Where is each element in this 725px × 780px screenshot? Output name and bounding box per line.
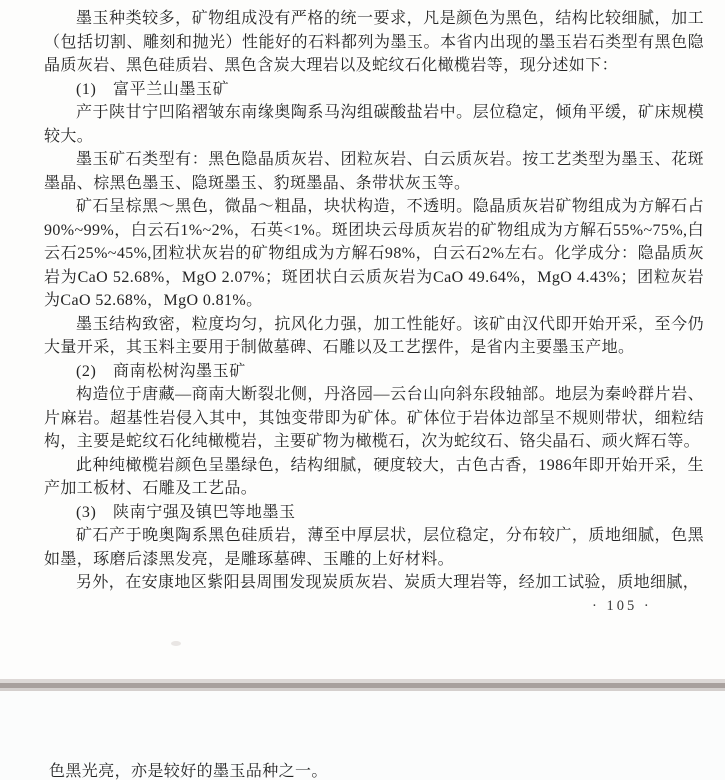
section-heading: (1) 富平兰山墨玉矿	[44, 78, 704, 102]
body-paragraph: 构造位于唐藏—商南大断裂北侧，丹洛园—云台山向斜东段轴部。地层为秦岭群片岩、片麻…	[44, 383, 704, 454]
body-paragraph: 墨玉结构致密，粒度均匀，抗风化力强，加工性能好。该矿由汉代即开始开采，至今仍大量…	[44, 313, 704, 360]
body-paragraph: 另外，在安康地区紫阳县周围发现炭质灰岩、炭质大理岩等，经加工试验，质地细腻，	[44, 571, 704, 595]
page-number: · 105 ·	[592, 598, 652, 615]
page-body: 墨玉种类较多，矿物组成没有严格的统一要求，凡是颜色为黑色，结构比较细腻，加工（包…	[44, 7, 704, 595]
body-paragraph: 矿石呈棕黑～黑色，微晶～粗晶，块状构造，不透明。隐晶质灰岩矿物组成为方解石占90…	[44, 195, 704, 313]
next-page-top: 色黑光亮，亦是较好的墨玉品种之一。	[0, 691, 725, 780]
section-heading: (3) 陕南宁强及镇巴等地墨玉	[44, 501, 704, 525]
scan-artifact	[171, 641, 181, 646]
next-page-first-line: 色黑光亮，亦是较好的墨玉品种之一。	[49, 758, 328, 780]
body-paragraph: 墨玉矿石类型有：黑色隐晶质灰岩、团粒灰岩、白云质灰岩。按工艺类型为墨玉、花斑墨晶…	[44, 148, 704, 195]
body-paragraph: 此种纯橄榄岩颜色呈墨绿色，结构细腻，硬度较大，古色古香，1986年即开始开采，生…	[44, 454, 704, 501]
section-heading: (2) 商南松树沟墨玉矿	[44, 360, 704, 384]
body-paragraph: 矿石产于晚奥陶系黑色硅质岩，薄至中厚层状，层位稳定，分布较广，质地细腻，色黑如墨…	[44, 524, 704, 571]
body-paragraph: 产于陕甘宁凹陷褶皱东南缘奥陶系马沟组碳酸盐岩中。层位稳定，倾角平缓，矿床规模较大…	[44, 101, 704, 148]
body-paragraph: 墨玉种类较多，矿物组成没有严格的统一要求，凡是颜色为黑色，结构比较细腻，加工（包…	[44, 7, 704, 78]
scanned-page: 墨玉种类较多，矿物组成没有严格的统一要求，凡是颜色为黑色，结构比较细腻，加工（包…	[0, 0, 725, 679]
